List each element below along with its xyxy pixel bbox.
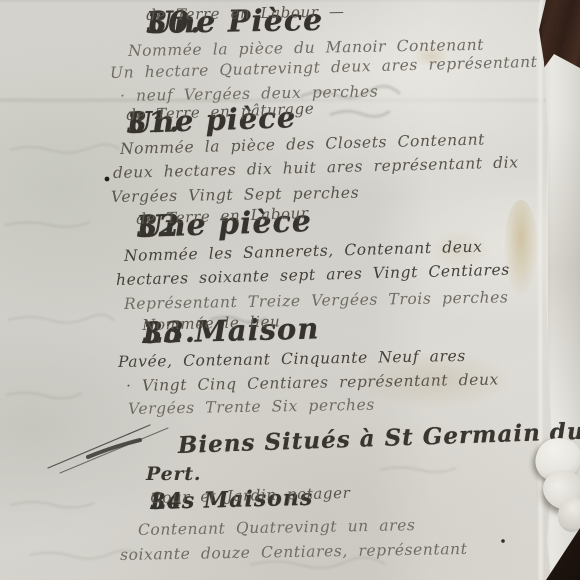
paper-stain [504, 200, 538, 296]
section-heading-line2: Pert. [146, 463, 201, 485]
entry-title-suffix: Nommée le lieu [142, 312, 281, 334]
entry-title-suffix: de Terre en Labour — [146, 3, 345, 24]
underlying-sheet-shading [548, 120, 580, 420]
crumpled-paper-fold [534, 436, 580, 536]
photo-of-manuscript: 30. Une Pièce de Terre en Labour — Nommé… [0, 0, 580, 580]
